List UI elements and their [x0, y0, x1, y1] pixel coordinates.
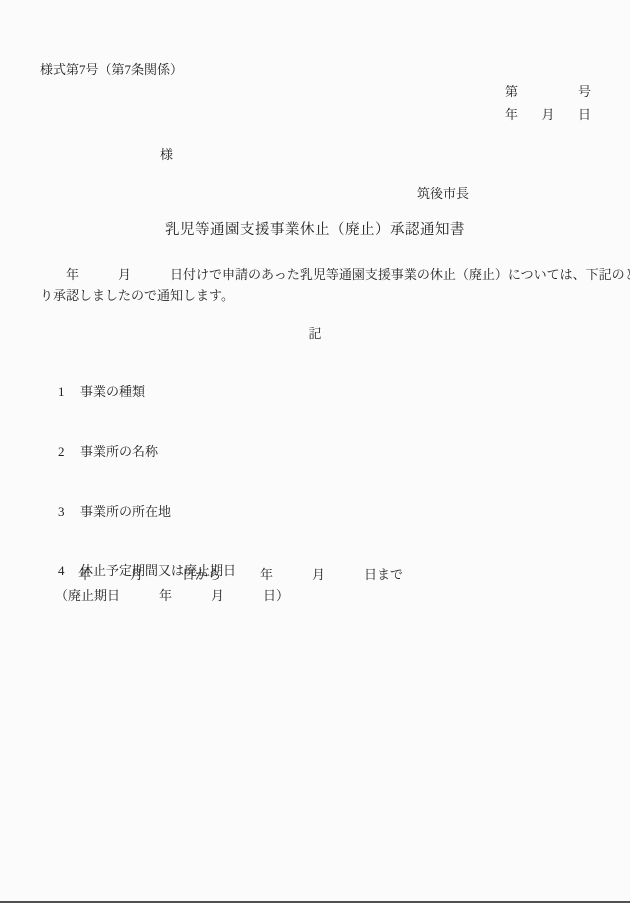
item-number: 4 — [58, 563, 80, 580]
item-label: 事業所の所在地 — [80, 504, 171, 519]
doc-number-prefix: 第 — [505, 84, 518, 101]
date-month-label: 月 — [541, 107, 554, 124]
abolition-date-blank-line: （廃止期日 年 月 日） — [55, 588, 289, 605]
doc-number-suffix: 号 — [578, 84, 591, 101]
sender-name: 筑後市長 — [417, 186, 469, 203]
date-day-label: 日 — [578, 107, 591, 124]
date-year-label: 年 — [505, 107, 518, 124]
document-title: 乳児等通園支援事業休止（廃止）承認通知書 — [0, 221, 630, 240]
item-label: 事業所の名称 — [80, 444, 158, 459]
item-label: 事業の種類 — [80, 384, 145, 399]
document-number-line: 第 号 — [505, 84, 591, 101]
suspension-period-blank-line: 年 月 日から 年 月 日まで — [78, 567, 403, 584]
form-number: 様式第7号（第7条関係） — [40, 62, 183, 79]
list-item-business-type: 1事業の種類 — [45, 367, 145, 418]
body-paragraph-line-1: 年 月 日付けで申請のあった乳児等通園支援事業の休止（廃止）については、下記のと… — [40, 267, 600, 284]
item-number: 2 — [58, 444, 80, 461]
record-marker: 記 — [0, 326, 630, 343]
item-number: 3 — [58, 504, 80, 521]
list-item-office-name: 2事業所の名称 — [45, 427, 158, 478]
list-item-office-address: 3事業所の所在地 — [45, 487, 171, 538]
document-page: 様式第7号（第7条関係） 第 号 年 月 日 様 筑後市長 乳児等通園支援事業休… — [0, 0, 630, 903]
item-number: 1 — [58, 384, 80, 401]
date-line: 年 月 日 — [505, 107, 591, 124]
body-paragraph-line-2: り承認しましたので通知します。 — [40, 288, 600, 305]
addressee-suffix: 様 — [160, 147, 173, 164]
